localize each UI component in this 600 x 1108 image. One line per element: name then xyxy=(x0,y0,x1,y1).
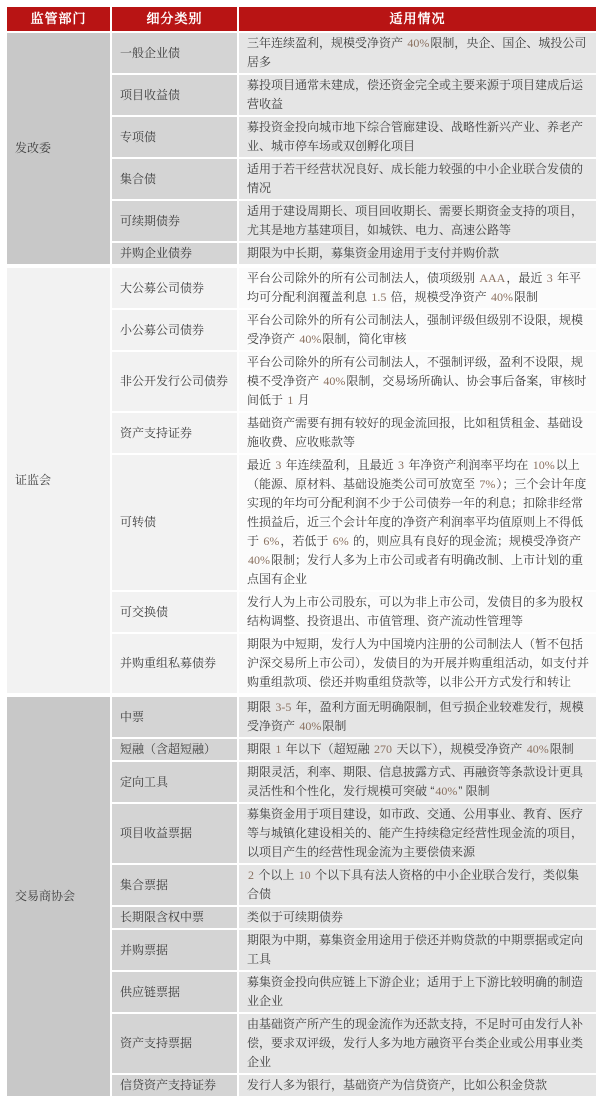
col-header-situation: 适用情况 xyxy=(238,7,597,32)
situation-cell: 适用于建设周期长、项目回收期长、需要长期资金支持的项目，尤其是地方基建项目，如城… xyxy=(238,200,597,242)
department-cell: 证监会 xyxy=(6,266,111,695)
category-cell: 中票 xyxy=(111,695,238,738)
category-cell: 小公募公司债券 xyxy=(111,309,238,351)
category-cell: 项目收益债 xyxy=(111,74,238,116)
bond-categories-table: 监管部门 细分类别 适用情况 发改委一般企业债三年连续盈利，规模受净资产 40%… xyxy=(5,7,598,1098)
category-cell: 可续期债券 xyxy=(111,200,238,242)
category-cell: 供应链票据 xyxy=(111,971,238,1013)
situation-cell: 期限 3-5 年，盈利方面无明确限制，但亏损企业较难发行，规模受净资产 40%限… xyxy=(238,695,597,738)
category-cell: 并购票据 xyxy=(111,929,238,971)
table-row: 发改委一般企业债三年连续盈利，规模受净资产 40%限制，央企、国企、城投公司居多 xyxy=(6,32,597,74)
situation-cell: 2 个以上 10 个以下具有法人资格的中小企业联合发行，类似集合债 xyxy=(238,864,597,906)
department-cell: 交易商协会 xyxy=(6,695,111,1097)
table-row: 证监会大公募公司债券平台公司除外的所有公司制法人，债项级别 AAA，最近 3 年… xyxy=(6,266,597,309)
category-cell: 集合债 xyxy=(111,158,238,200)
situation-cell: 期限为中长期，募集资金用途用于支付并购价款 xyxy=(238,242,597,266)
category-cell: 可交换债 xyxy=(111,591,238,633)
category-cell: 非公开发行公司债券 xyxy=(111,351,238,412)
category-cell: 并购企业债券 xyxy=(111,242,238,266)
document-page: 监管部门 细分类别 适用情况 发改委一般企业债三年连续盈利，规模受净资产 40%… xyxy=(0,0,600,1108)
situation-cell: 平台公司除外的所有公司制法人，强制评级但级别不设限，规模受净资产 40%限制，简… xyxy=(238,309,597,351)
situation-cell: 最近 3 年连续盈利，且最近 3 年净资产利润率平均在 10%以上（能源、原材料… xyxy=(238,454,597,591)
situation-cell: 平台公司除外的所有公司制法人，不强制评级，盈利不设限，规模不受净资产 40%限制… xyxy=(238,351,597,412)
table-row: 交易商协会中票期限 3-5 年，盈利方面无明确限制，但亏损企业较难发行，规模受净… xyxy=(6,695,597,738)
category-cell: 一般企业债 xyxy=(111,32,238,74)
header-row: 监管部门 细分类别 适用情况 xyxy=(6,7,597,32)
situation-cell: 期限 1 年以下（超短融 270 天以下），规模受净资产 40%限制 xyxy=(238,738,597,761)
situation-cell: 由基础资产所产生的现金流作为还款支持，不足时可由发行人补偿，要求双评级，发行人多… xyxy=(238,1013,597,1074)
situation-cell: 期限为中期，募集资金用途用于偿还并购贷款的中期票据或定向工具 xyxy=(238,929,597,971)
situation-cell: 发行人多为银行，基础资产为信贷资产，比如公积金贷款 xyxy=(238,1074,597,1097)
col-header-category: 细分类别 xyxy=(111,7,238,32)
table-header: 监管部门 细分类别 适用情况 xyxy=(6,7,597,32)
situation-cell: 类似于可续期债券 xyxy=(238,906,597,929)
situation-cell: 期限灵活，利率、期限、信息披露方式、再融资等条款设计更具灵活性和个性化，发行规模… xyxy=(238,761,597,803)
category-cell: 专项债 xyxy=(111,116,238,158)
category-cell: 长期限含权中票 xyxy=(111,906,238,929)
situation-cell: 三年连续盈利，规模受净资产 40%限制，央企、国企、城投公司居多 xyxy=(238,32,597,74)
situation-cell: 发行人为上市公司股东，可以为非上市公司，发债目的多为股权结构调整、投资退出、市值… xyxy=(238,591,597,633)
category-cell: 集合票据 xyxy=(111,864,238,906)
regulator-group: 交易商协会中票期限 3-5 年，盈利方面无明确限制，但亏损企业较难发行，规模受净… xyxy=(6,695,597,1097)
situation-cell: 募集资金投向供应链上下游企业；适用于上下游比较明确的制造业企业 xyxy=(238,971,597,1013)
category-cell: 资产支持票据 xyxy=(111,1013,238,1074)
category-cell: 信贷资产支持证券 xyxy=(111,1074,238,1097)
category-cell: 并购重组私募债券 xyxy=(111,633,238,695)
category-cell: 定向工具 xyxy=(111,761,238,803)
situation-cell: 基础资产需要有拥有较好的现金流回报，比如租赁租金、基础设施收费、应收账款等 xyxy=(238,412,597,454)
category-cell: 项目收益票据 xyxy=(111,803,238,864)
category-cell: 资产支持证券 xyxy=(111,412,238,454)
col-header-department: 监管部门 xyxy=(6,7,111,32)
category-cell: 短融（含超短融） xyxy=(111,738,238,761)
department-cell: 发改委 xyxy=(6,32,111,266)
category-cell: 可转债 xyxy=(111,454,238,591)
situation-cell: 募投项目通常未建成，偿还资金完全或主要来源于项目建成后运营收益 xyxy=(238,74,597,116)
situation-cell: 平台公司除外的所有公司制法人，债项级别 AAA，最近 3 年平均可分配利润覆盖利… xyxy=(238,266,597,309)
situation-cell: 适用于若干经营状况良好、成长能力较强的中小企业联合发债的情况 xyxy=(238,158,597,200)
category-cell: 大公募公司债券 xyxy=(111,266,238,309)
regulator-group: 发改委一般企业债三年连续盈利，规模受净资产 40%限制，央企、国企、城投公司居多… xyxy=(6,32,597,266)
situation-cell: 期限为中短期，发行人为中国境内注册的公司制法人（暂不包括沪深交易所上市公司），发… xyxy=(238,633,597,695)
regulator-group: 证监会大公募公司债券平台公司除外的所有公司制法人，债项级别 AAA，最近 3 年… xyxy=(6,266,597,695)
situation-cell: 募投资金投向城市地下综合管廊建设、战略性新兴产业、养老产业、城市停车场或双创孵化… xyxy=(238,116,597,158)
situation-cell: 募集资金用于项目建设，如市政、交通、公用事业、教育、医疗等与城镇化建设相关的、能… xyxy=(238,803,597,864)
